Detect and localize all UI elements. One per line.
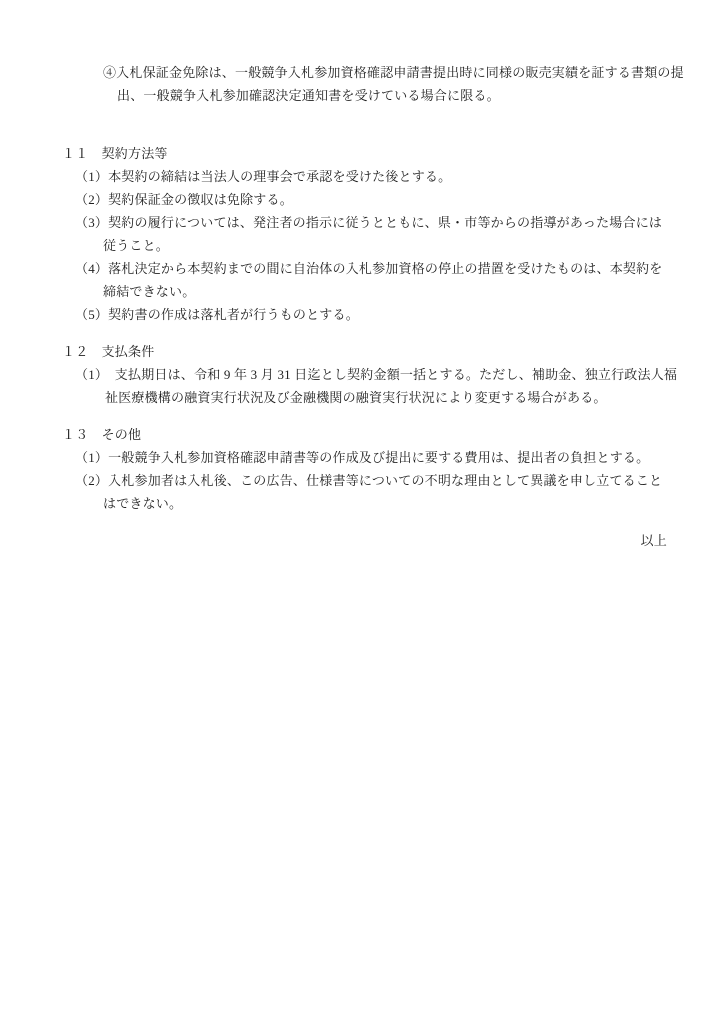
- document-body: ④入札保証金免除は、一般競争入札参加資格確認申請書提出時に同様の販売実績を証する…: [0, 0, 724, 552]
- section-11-clause-4-continuation: 締結できない。: [0, 280, 724, 303]
- section-13-clause-2: （2）入札参加者は入札後、この広告、仕様書等についての不明な理由として異議を申し…: [0, 469, 724, 492]
- section-13-clause-2-continuation: はできない。: [0, 492, 724, 515]
- section-11-clause-1: （1）本契約の締結は当法人の理事会で承認を受けた後とする。: [0, 165, 724, 188]
- section-11-clause-2: （2）契約保証金の徴収は免除する。: [0, 188, 724, 211]
- section-11-heading: １１ 契約方法等: [0, 142, 724, 165]
- section-12-heading: １２ 支払条件: [0, 340, 724, 363]
- section-11-clause-4: （4）落札決定から本契約までの間に自治体の入札参加資格の停止の措置を受けたものは…: [0, 257, 724, 280]
- section-11-clause-5: （5）契約書の作成は落札者が行うものとする。: [0, 303, 724, 326]
- document-page: ④入札保証金免除は、一般競争入札参加資格確認申請書提出時に同様の販売実績を証する…: [0, 0, 724, 1024]
- intro-clause-line-1: ④入札保証金免除は、一般競争入札参加資格確認申請書提出時に同様の販売実績を証する…: [0, 61, 724, 84]
- section-11-clause-3-continuation: 従うこと。: [0, 234, 724, 257]
- section-12-clause-1-continuation: 祉医療機構の融資実行状況及び金融機関の融資実行状況により変更する場合がある。: [0, 386, 724, 409]
- section-13-heading: １３ その他: [0, 423, 724, 446]
- section-13-clause-1: （1）一般競争入札参加資格確認申請書等の作成及び提出に要する費用は、提出者の負担…: [0, 446, 724, 469]
- section-11-clause-3: （3）契約の履行については、発注者の指示に従うとともに、県・市等からの指導があっ…: [0, 211, 724, 234]
- closing-label: 以上: [0, 529, 724, 552]
- section-12-clause-1: （1） 支払期日は、令和 9 年 3 月 31 日迄とし契約金額一括とする。ただ…: [0, 363, 724, 386]
- intro-clause-line-2: 出、一般競争入札参加確認決定通知書を受けている場合に限る。: [0, 84, 724, 107]
